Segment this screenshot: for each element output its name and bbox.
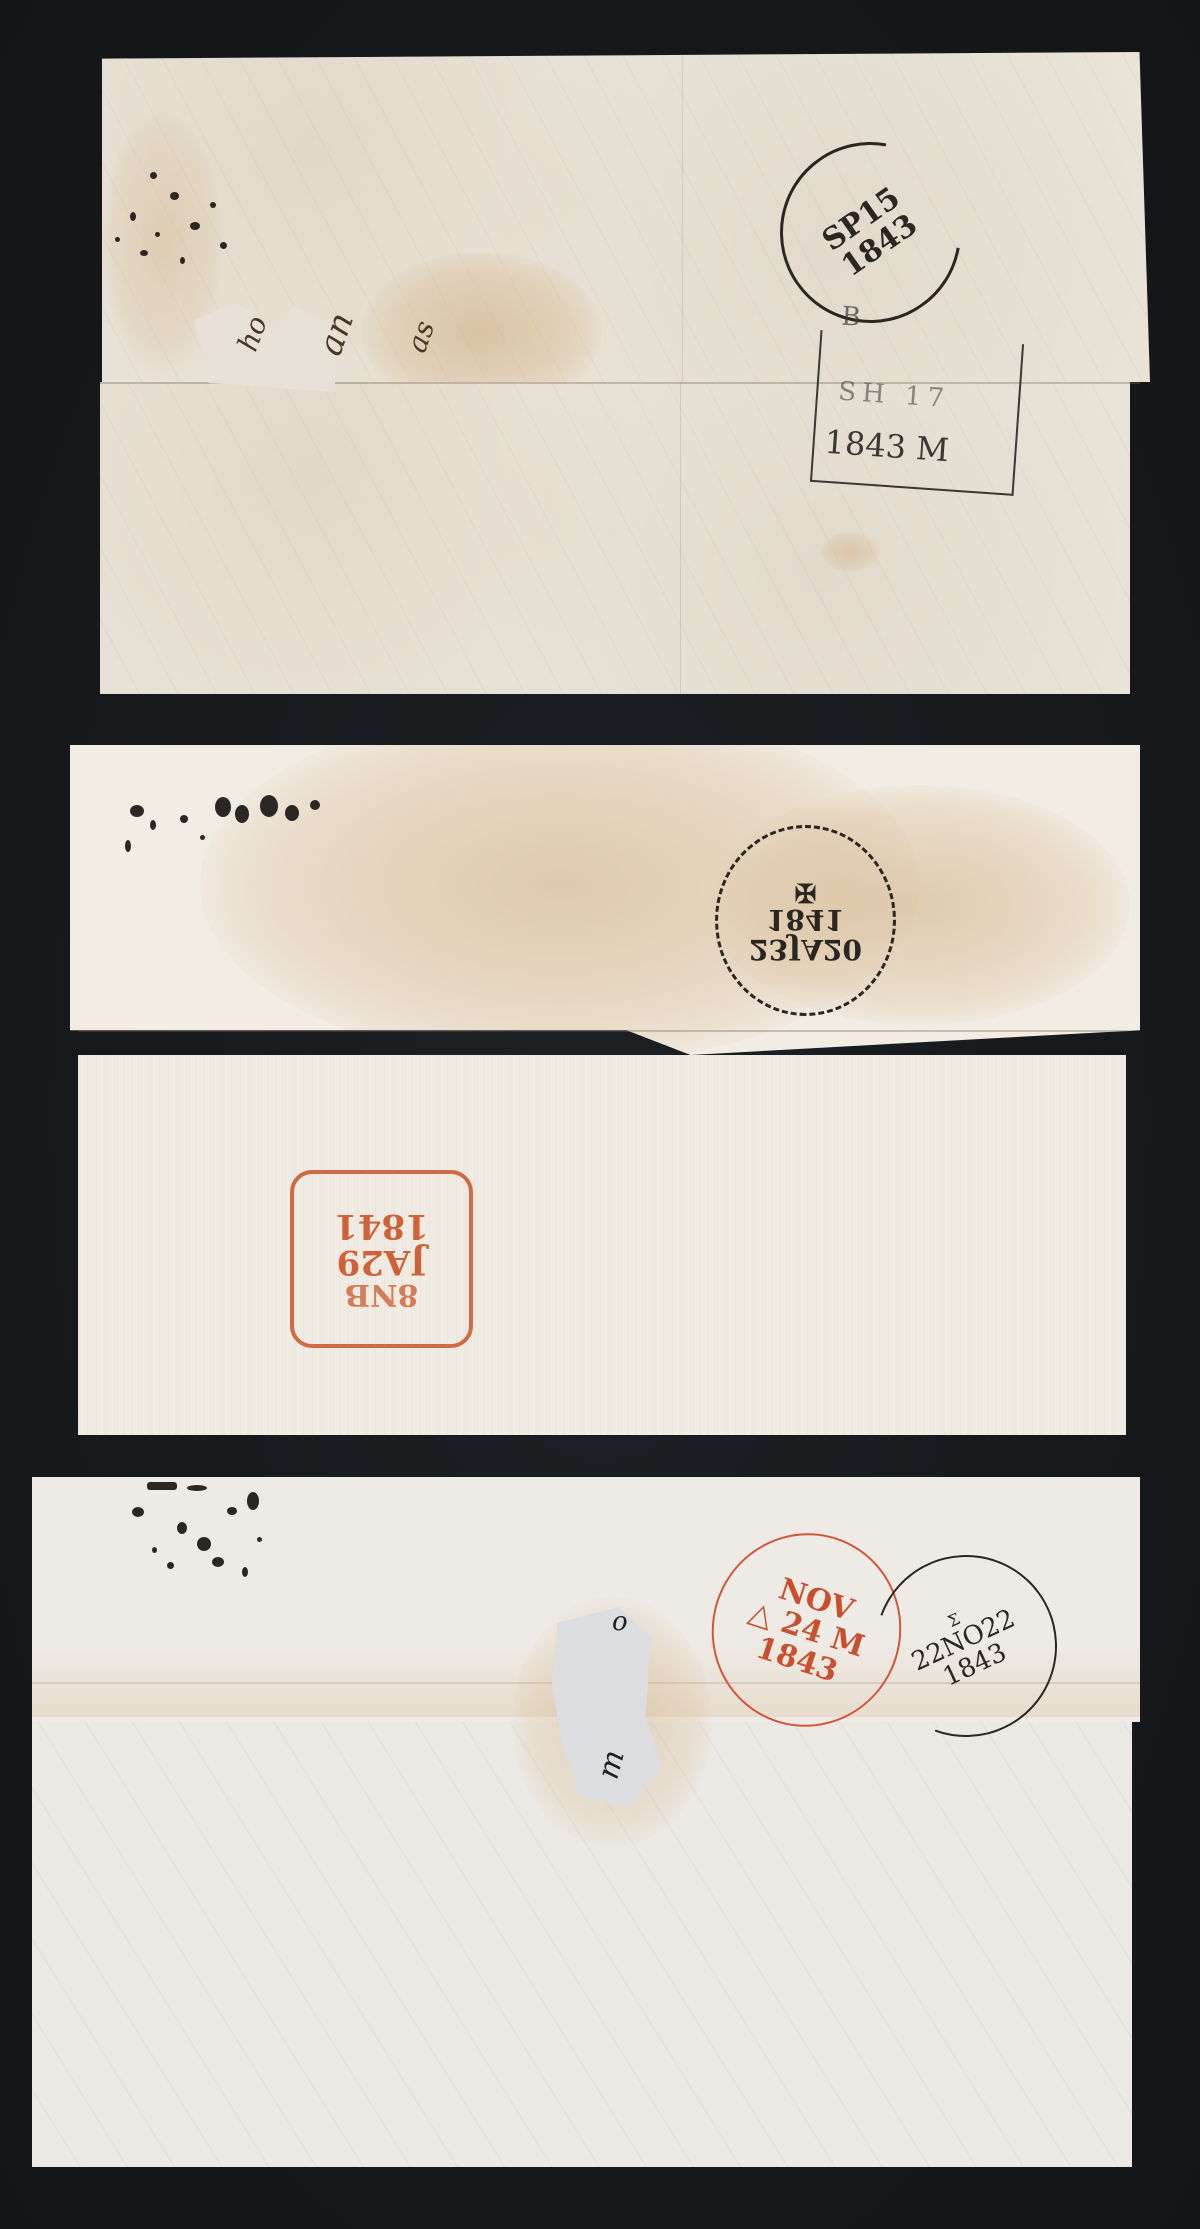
postmark-boxed-1843m: B SH 17 1843 M [810, 330, 1024, 496]
postmark-line: 1843 M [823, 423, 950, 470]
postmark-circular-inverted-1841: 23JA20 1841 ✠ [715, 825, 896, 1016]
postmark-line: B [841, 302, 862, 333]
cover-2-fold [78, 1030, 1128, 1032]
postmark-boxed-red-inverted: 8NB JA29 1841 [290, 1170, 473, 1348]
cover-1: ho an as SP15 1843 B SH 17 1843 M [100, 52, 1150, 694]
postmark-line: SH 17 [837, 376, 951, 414]
cover-2-lower-panel [78, 1055, 1126, 1435]
postmark-line: 1841 [334, 1208, 429, 1244]
ink-smudge [127, 1477, 287, 1597]
postmark-line: JA29 [337, 1243, 427, 1279]
maltese-cross-icon: ✠ [795, 877, 817, 904]
cover-2: 23JA20 1841 ✠ 8NB JA29 1841 [70, 745, 1140, 1435]
postmark-year: 1841 [767, 905, 845, 934]
postmark-line: 8NB [345, 1279, 419, 1311]
cover-3: o m NOV △ 24 M 1843 Σ 22NO22 1843 [32, 1477, 1140, 2167]
ink-smudge [110, 162, 250, 272]
ink-smudge [120, 785, 350, 865]
manuscript-text: o [612, 1607, 628, 1637]
postmark-date: 23JA20 [749, 934, 862, 963]
